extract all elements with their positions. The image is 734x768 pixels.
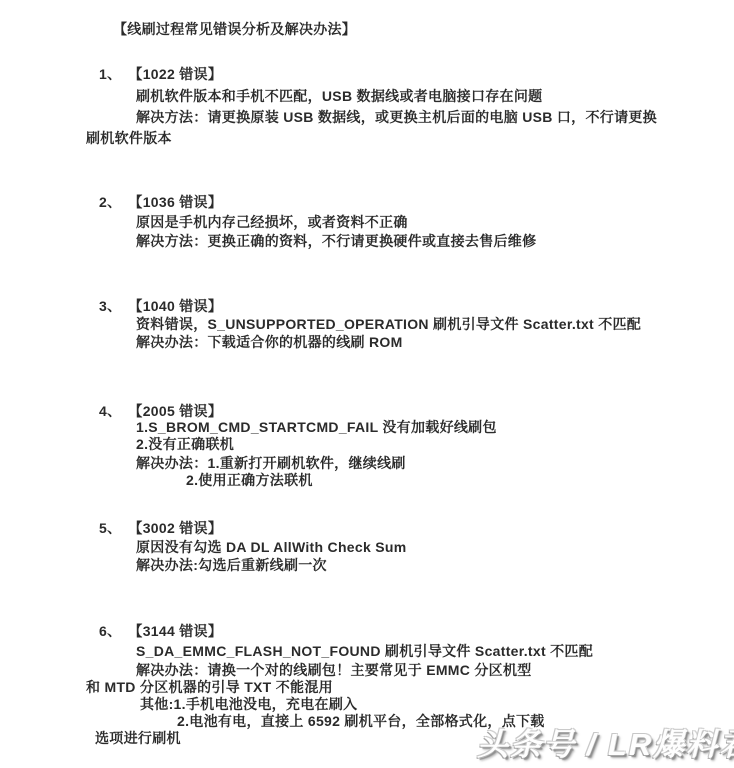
error-heading-2005: 4、【2005 错误】 [99,403,222,419]
error-code-title: 【1040 错误】 [128,298,222,314]
list-number: 5、 [99,520,121,536]
error-cause-line-1: 1.S_BROM_CMD_STARTCMD_FAIL 没有加载好线刷包 [136,419,497,435]
error-solution-line: 解决办法：下载适合你的机器的线刷 ROM [136,334,403,350]
error-cause-line: S_DA_EMMC_FLASH_NOT_FOUND 刷机引导文件 Scatter… [136,643,593,659]
list-number: 2、 [99,194,121,210]
error-solution-line: 解决办法：请换一个对的线刷包！主要常见于 EMMC 分区机型 [136,662,532,678]
error-code-title: 【2005 错误】 [128,403,222,419]
flash-error-document: 【线刷过程常见错误分析及解决办法】 1、【1022 错误】 刷机软件版本和手机不… [0,0,734,768]
list-number: 1、 [99,66,121,82]
error-code-title: 【3002 错误】 [128,520,222,536]
page-title: 【线刷过程常见错误分析及解决办法】 [113,21,356,37]
error-cause-line: 原因是手机内存己经损坏，或者资料不正确 [136,214,408,230]
error-heading-3144: 6、【3144 错误】 [99,623,222,639]
error-other-line-1: 其他:1.手机电池没电，充电在刷入 [140,696,357,712]
error-heading-1036: 2、【1036 错误】 [99,194,222,210]
list-number: 3、 [99,298,121,314]
error-heading-3002: 5、【3002 错误】 [99,520,222,536]
error-code-title: 【3144 错误】 [128,623,222,639]
error-cause-line-2: 2.没有正确联机 [136,436,234,452]
list-number: 6、 [99,623,121,639]
error-solution-line: 解决方法：更换正确的资料，不行请更换硬件或直接去售后维修 [136,233,536,249]
error-solution-wrap: 刷机软件版本 [86,130,172,146]
error-cause-line: 刷机软件版本和手机不匹配，USB 数据线或者电脑接口存在问题 [136,88,542,104]
error-solution-line: 解决办法:勾选后重新线刷一次 [136,557,327,573]
error-cause-line: 原因没有勾选 DA DL AllWith Check Sum [136,539,406,555]
error-heading-1022: 1、【1022 错误】 [99,66,222,82]
list-number: 4、 [99,403,121,419]
error-solution-line: 解决方法：请更换原装 USB 数据线，或更换主机后面的电脑 USB 口，不行请更… [136,109,657,125]
error-solution-line-1: 解决办法：1.重新打开刷机软件，继续线刷 [136,455,406,471]
error-solution-wrap: 和 MTD 分区机器的引导 TXT 不能混用 [86,679,333,695]
error-other-wrap: 选项进行刷机 [95,730,181,746]
error-solution-line-2: 2.使用正确方法联机 [186,472,313,488]
error-cause-line: 资料错误，S_UNSUPPORTED_OPERATION 刷机引导文件 Scat… [136,316,641,332]
error-code-title: 【1036 错误】 [128,194,222,210]
error-heading-1040: 3、【1040 错误】 [99,298,222,314]
error-code-title: 【1022 错误】 [128,66,222,82]
watermark: 头条号 / LR爆料君 [477,719,734,764]
